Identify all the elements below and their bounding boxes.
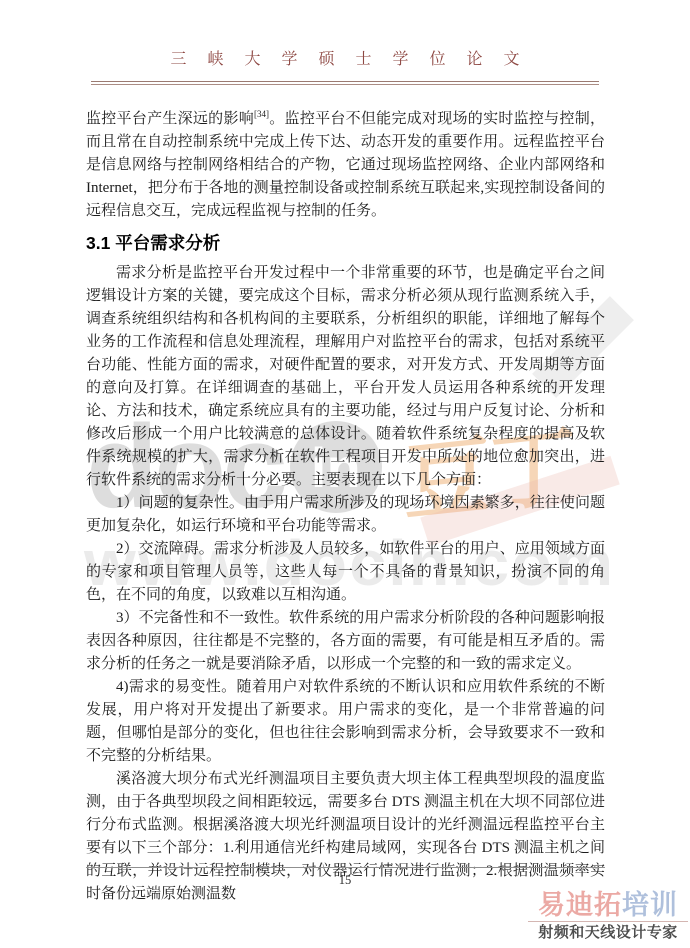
header-double-rule bbox=[91, 81, 599, 85]
thesis-header-title: 三峡大学硕士学位论文 bbox=[0, 46, 690, 69]
paragraph-intro-post: 。监控平台不但能完成对现场的实时监控与控制，而且常在自动控制系统中完成上传下达、… bbox=[86, 111, 605, 219]
document-body: 监控平台产生深远的影响[34]。监控平台不但能完成对现场的实时监控与控制，而且常… bbox=[86, 108, 605, 906]
brand-tagline: 射频和天线设计专家 bbox=[528, 921, 688, 943]
brand-logo-right: 培训 bbox=[622, 890, 678, 920]
list-item-4: 4)需求的易变性。随着用户对软件系统的不断认识和应用软件系统的不断发展，用户将对… bbox=[86, 676, 605, 768]
page-number: 15 bbox=[0, 873, 690, 888]
brand-logo-left: 易迪拓 bbox=[538, 890, 622, 920]
paragraph-intro: 监控平台产生深远的影响[34]。监控平台不但能完成对现场的实时监控与控制，而且常… bbox=[86, 108, 605, 223]
paragraph-intro-pre: 监控平台产生深远的影响 bbox=[86, 111, 254, 127]
paragraph-requirements: 需求分析是监控平台开发过程中一个非常重要的环节，也是确定平台之间逻辑设计方案的关… bbox=[86, 262, 605, 492]
footer-rule bbox=[86, 867, 605, 868]
page-header: 三峡大学硕士学位论文 bbox=[0, 0, 690, 85]
citation-marker: [34] bbox=[254, 109, 269, 119]
list-item-2: 2）交流障碍。需求分析涉及人员较多，如软件平台的用户、应用领域方面的专家和项目管… bbox=[86, 538, 605, 607]
list-item-3: 3）不完备性和不一致性。软件系统的用户需求分析阶段的各种问题影响报表因各种原因，… bbox=[86, 607, 605, 676]
section-heading-3-1: 3.1 平台需求分析 bbox=[86, 230, 605, 256]
list-item-1: 1）问题的复杂性。由于用户需求所涉及的现场环境因素繁多，往往使问题更加复杂化，如… bbox=[86, 492, 605, 538]
thesis-page: doc in 豆丁 www.docin.com 三峡大学硕士学位论文 监控平台产… bbox=[0, 0, 690, 948]
brand-watermark: 易迪拓培训 射频和天线设计专家 bbox=[528, 890, 688, 943]
brand-logo: 易迪拓培训 bbox=[528, 890, 688, 920]
